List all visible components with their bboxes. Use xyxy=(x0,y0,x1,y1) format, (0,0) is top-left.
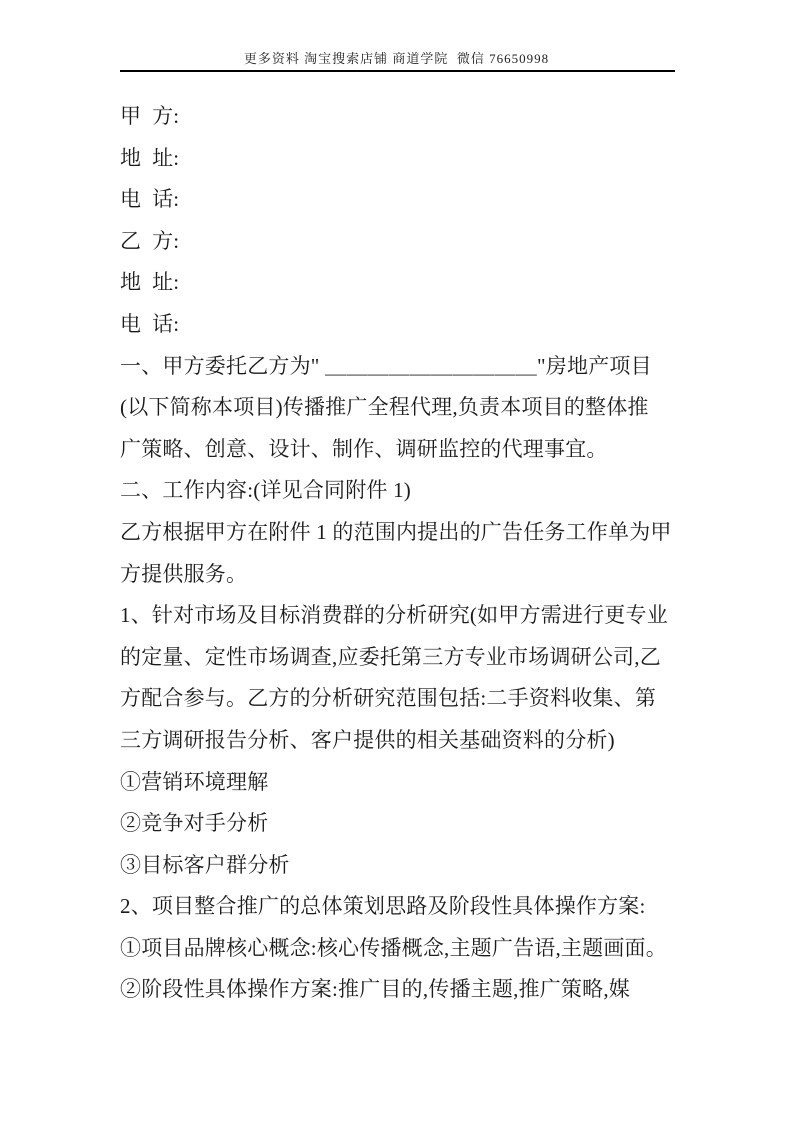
document-page: 更多资料 淘宝搜索店铺 商道学院 微信 76650998 甲 方:地 址:电 话… xyxy=(0,0,793,1122)
document-line: 方配合参与。乙方的分析研究范围包括:二手资料收集、第 xyxy=(120,678,676,720)
document-line: 电 话: xyxy=(120,179,676,221)
document-body: 甲 方:地 址:电 话:乙 方:地 址:电 话:一、甲方委托乙方为" ＿＿＿＿＿… xyxy=(120,96,676,1011)
header-rule xyxy=(120,70,675,72)
document-line: 地 址: xyxy=(120,262,676,304)
document-line: 乙方根据甲方在附件 1 的范围内提出的广告任务工作单为甲 xyxy=(120,512,676,554)
document-line: 三方调研报告分析、客户提供的相关基础资料的分析) xyxy=(120,720,676,762)
document-line: 乙 方: xyxy=(120,221,676,263)
document-line: 2、项目整合推广的总体策划思路及阶段性具体操作方案: xyxy=(120,886,676,928)
page-header-text: 更多资料 淘宝搜索店铺 商道学院 微信 76650998 xyxy=(0,51,793,67)
document-line: ①营销环境理解 xyxy=(120,762,676,804)
document-line: ①项目品牌核心概念:核心传播概念,主题广告语,主题画面。 xyxy=(120,928,676,970)
document-line: ②阶段性具体操作方案:推广目的,传播主题,推广策略,媒 xyxy=(120,969,676,1011)
document-line: (以下简称本项目)传播推广全程代理,负责本项目的整体推 xyxy=(120,387,676,429)
document-line: 广策略、创意、设计、制作、调研监控的代理事宜。 xyxy=(120,429,676,471)
document-line: 一、甲方委托乙方为" ＿＿＿＿＿＿＿＿＿＿"房地产项目 xyxy=(120,346,676,388)
document-line: 二、工作内容:(详见合同附件 1) xyxy=(120,470,676,512)
document-line: 方提供服务。 xyxy=(120,554,676,596)
document-line: 电 话: xyxy=(120,304,676,346)
document-line: 1、针对市场及目标消费群的分析研究(如甲方需进行更专业 xyxy=(120,595,676,637)
document-line: 的定量、定性市场调查,应委托第三方专业市场调研公司,乙 xyxy=(120,637,676,679)
document-line: ③目标客户群分析 xyxy=(120,845,676,887)
document-line: 甲 方: xyxy=(120,96,676,138)
document-line: 地 址: xyxy=(120,138,676,180)
document-line: ②竞争对手分析 xyxy=(120,803,676,845)
